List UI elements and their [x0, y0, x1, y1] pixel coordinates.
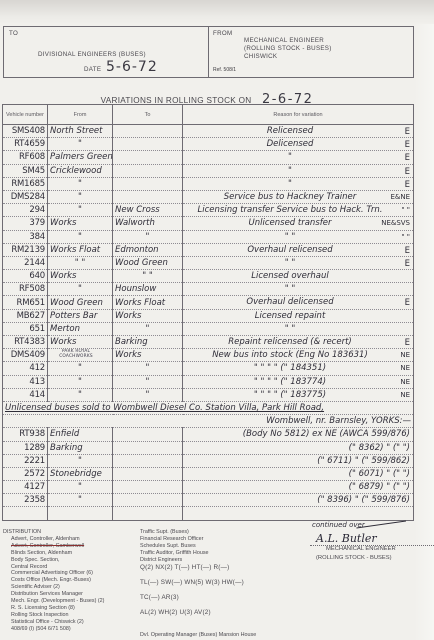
from-location: " — [48, 283, 113, 296]
depot-code: E&NE — [390, 193, 410, 201]
reason-cell: " " " " (" 183775)NE — [183, 388, 414, 401]
from-location: Potters Bar — [48, 309, 113, 322]
table-row: RF608Palmers Green"E — [3, 151, 414, 164]
reason-text: (" 6711) " (" 599/862) — [189, 456, 410, 466]
vehicle-number: RT4659 — [3, 138, 48, 151]
note-row: Unlicensed buses sold to Wombwell Diesel… — [3, 401, 414, 414]
vehicle-number: 414 — [3, 388, 48, 401]
reason-cell: Licensing transfer Service bus to Hack. … — [183, 204, 414, 217]
table-row: DMS409PARK ROYAL COACHWORKSWorksNew bus … — [3, 349, 414, 362]
district-codes-row: Q(2) NX(2) T(—) HT(—) R(—) — [140, 564, 310, 571]
vehicle-number: RM1685 — [3, 177, 48, 190]
from-location: Cricklewood — [48, 164, 113, 177]
column-header-from: From — [48, 105, 113, 125]
table-row-sold: 4127"(" 6879) " (" ") — [3, 481, 414, 494]
distribution-list-right: Traffic Supt. (Buses) Financial Research… — [140, 529, 290, 564]
to-location: Works Float — [113, 296, 183, 309]
from-location: Barking — [48, 441, 113, 454]
reason-text: " " — [189, 258, 391, 268]
reason-cell: "E — [183, 177, 414, 190]
vehicle-number: 2144 — [3, 256, 48, 269]
column-header-vehicle: Vehicle number — [3, 105, 48, 125]
reason-text: " — [189, 152, 391, 162]
reason-text: " " " " (" 183775) — [189, 390, 391, 400]
signature-department: (ROLLING STOCK - BUSES) — [316, 555, 392, 561]
reason-cell: (" 8396) " (" 599/876) — [183, 494, 414, 507]
depot-code: NE — [400, 378, 410, 386]
vehicle-number: 384 — [3, 230, 48, 243]
distribution-item: District Engineers — [140, 557, 290, 564]
depot-code: NE&SVS — [381, 219, 410, 227]
from-location: " — [48, 375, 113, 388]
reason-text: " " — [189, 232, 391, 242]
reason-text: (" 8396) " (" 599/876) — [189, 495, 410, 505]
distribution-heading: DISTRIBUTION — [3, 529, 143, 536]
table-row: DMS284"Service bus to Hackney TrainerE&N… — [3, 190, 414, 203]
reason-text: (" 6071) " (" ") — [189, 469, 410, 479]
empty-cell — [48, 507, 113, 520]
from-location: " — [48, 362, 113, 375]
depot-code: E — [405, 338, 410, 348]
to-location — [113, 441, 183, 454]
distribution-item: Statistical Office - Chiswick (2) — [3, 619, 143, 626]
from-location: Works — [48, 217, 113, 230]
distribution-item: Traffic Supt. (Buses) — [140, 529, 290, 536]
table-row: RT4383WorksBarkingRepaint relicensed (& … — [3, 336, 414, 349]
empty-cell — [113, 507, 183, 520]
distribution-item: Body Spec. Section, — [3, 557, 143, 564]
reason-cell: " " — [183, 283, 414, 296]
table-row: 412""" " " " (" 184351)NE — [3, 362, 414, 375]
from-location: Works Float — [48, 243, 113, 256]
reason-cell: Licensed overhaul — [183, 270, 414, 283]
depot-code: " " — [401, 206, 410, 214]
table-row: SMS408North StreetRelicensedE — [3, 125, 414, 138]
from-location: PARK ROYAL COACHWORKS — [48, 349, 113, 362]
from-line: (ROLLING STOCK - BUSES) — [244, 45, 332, 53]
address-header: TO DIVISIONAL ENGINEERS (BUSES) DATE 5-6… — [3, 26, 414, 78]
district-codes-row: AL(2) WH(2) U(3) AV(2) — [140, 609, 310, 616]
reason-text: Relicensed — [189, 126, 391, 136]
distribution-list-left: DISTRIBUTION Advert, Controller, Aldenha… — [3, 529, 143, 633]
table-row: 414""" " " " (" 183775)NE — [3, 388, 414, 401]
vehicle-number: 4127 — [3, 481, 48, 494]
reason-cell: Service bus to Hackney TrainerE&NE — [183, 190, 414, 203]
reason-text: New bus into stock (Eng No 183631) — [189, 350, 391, 360]
table-row: MB627Potters BarWorksLicensed repaint — [3, 309, 414, 322]
reason-text: " " " " (" 183774) — [189, 377, 391, 387]
to-recipient: DIVISIONAL ENGINEERS (BUSES) — [38, 51, 146, 58]
table-row-sold: 2358"(" 8396) " (" 599/876) — [3, 494, 414, 507]
vehicle-number: RT4383 — [3, 336, 48, 349]
table-row: 379WorksWalworthUnlicensed transferNE&SV… — [3, 217, 414, 230]
distribution-item: R. S. Licensing Section (8) — [3, 605, 143, 612]
vehicle-number: 640 — [3, 270, 48, 283]
district-codes-row: TL(—) SW(—) WN(5) W(3) HW(—) — [140, 579, 310, 586]
distribution-item: Financial Research Officer — [140, 536, 290, 543]
distribution-item: Schedules Supt. Buses — [140, 543, 290, 550]
reason-text: Service bus to Hackney Trainer — [189, 192, 391, 202]
depot-code: E — [405, 140, 410, 150]
district-codes-row: TC(—) AR(3) — [140, 594, 310, 601]
reason-text: " " " " (" 184351) — [189, 363, 391, 373]
depot-code: E — [405, 167, 410, 177]
to-location: " — [113, 388, 183, 401]
table-body: SMS408North StreetRelicensedERT4659"Deli… — [3, 125, 414, 521]
signature: A.L. Butler — [316, 532, 377, 545]
reason-text: Repaint relicensed (& recert) — [189, 337, 391, 347]
reason-cell: Overhaul relicensedE — [183, 243, 414, 256]
from-location: " — [48, 177, 113, 190]
reason-text: " — [189, 179, 391, 189]
reason-cell: Unlicensed transferNE&SVS — [183, 217, 414, 230]
signature-title: MECHANICAL ENGINEER — [326, 546, 396, 552]
from-sender: MECHANICAL ENGINEER (ROLLING STOCK - BUS… — [244, 37, 332, 61]
reason-cell: " "" " — [183, 230, 414, 243]
distribution-item: Mech. Engr. (Development - Buses) (2) — [3, 598, 143, 605]
table-row: RF508"Hounslow" " — [3, 283, 414, 296]
from-location-text: PARK ROYAL COACHWORKS — [50, 350, 102, 359]
to-location — [113, 151, 183, 164]
distribution-item: Costs Office (Mech. Engr.-Buses) — [3, 577, 143, 584]
reason-text: Licensing transfer Service bus to Hack. … — [189, 205, 391, 215]
to-location: Wood Green — [113, 256, 183, 269]
from-location: " — [48, 388, 113, 401]
depot-code: NE — [400, 364, 410, 372]
from-location: " — [48, 454, 113, 467]
to-location — [113, 481, 183, 494]
rolling-stock-table: Vehicle number From To Reason for variat… — [2, 104, 414, 521]
to-location: " " — [113, 270, 183, 283]
distribution-item: Commercial Advertising Officer (6) — [3, 570, 143, 577]
distribution-item: Advert, Controller, Aldenham — [3, 536, 143, 543]
vehicle-number: 413 — [3, 375, 48, 388]
table-row-sold: RT938Enfield(Body No 5812) ex NE (AWCA 5… — [3, 428, 414, 441]
vehicle-number: 2572 — [3, 467, 48, 480]
distribution-item: Rolling Stock Inspection — [3, 612, 143, 619]
vehicle-number: RM651 — [3, 296, 48, 309]
depot-code: E — [405, 246, 410, 256]
depot-code: " " — [401, 233, 410, 241]
table-row-sold: 2572Stonebridge(" 6071) " (" ") — [3, 467, 414, 480]
reason-cell: " "E — [183, 256, 414, 269]
distribution-item: Distribution Services Manager — [3, 591, 143, 598]
from-location: Stonebridge — [48, 467, 113, 480]
reason-text: Unlicensed transfer — [189, 218, 391, 228]
reason-cell: (Body No 5812) ex NE (AWCA 599/876) — [183, 428, 414, 441]
from-location: " — [48, 138, 113, 151]
reason-cell: Overhaul delicensedE — [183, 296, 414, 309]
reason-text: " " — [189, 324, 391, 334]
table-row: SM45Cricklewood"E — [3, 164, 414, 177]
from-location: " — [48, 481, 113, 494]
reference-number: Ref. 508/1 — [213, 67, 236, 73]
to-location — [113, 125, 183, 138]
table-row: 640Works" "Licensed overhaul — [3, 270, 414, 283]
reason-text: Licensed overhaul — [189, 271, 391, 281]
depot-code: NE — [400, 391, 410, 399]
paper-right-margin — [414, 24, 434, 640]
reason-cell: DelicensedE — [183, 138, 414, 151]
table-row: RT4659"DelicensedE — [3, 138, 414, 151]
from-label: FROM — [213, 30, 232, 37]
column-header-to: To — [113, 105, 183, 125]
reason-cell: Repaint relicensed (& recert)E — [183, 336, 414, 349]
reason-text: Overhaul relicensed — [189, 245, 391, 255]
reason-text: Licensed repaint — [189, 311, 391, 321]
vehicle-number: RF608 — [3, 151, 48, 164]
to-section: TO DIVISIONAL ENGINEERS (BUSES) DATE 5-6… — [4, 27, 209, 77]
vehicle-number: 2221 — [3, 454, 48, 467]
reason-cell: "E — [183, 164, 414, 177]
depot-code: E — [405, 153, 410, 163]
from-location: Palmers Green — [48, 151, 113, 164]
vehicle-number: RM2139 — [3, 243, 48, 256]
distribution-item: Central Record — [3, 564, 143, 571]
table-row: RM2139Works FloatEdmontonOverhaul relice… — [3, 243, 414, 256]
vehicle-number: DMS409 — [3, 349, 48, 362]
table-row: RM1685""E — [3, 177, 414, 190]
table-header-row: Vehicle number From To Reason for variat… — [3, 105, 414, 125]
table-row: 384""" "" " — [3, 230, 414, 243]
from-location: Merton — [48, 322, 113, 335]
to-label: TO — [9, 30, 18, 37]
table-row-empty — [3, 507, 414, 520]
paper-edge-shadow — [0, 0, 434, 24]
from-location: Wood Green — [48, 296, 113, 309]
vehicle-number: SM45 — [3, 164, 48, 177]
reason-text: Delicensed — [189, 139, 391, 149]
distribution-item-struck: Advert, Controller, Camberwell — [3, 543, 143, 550]
reason-cell: (" 6711) " (" 599/862) — [183, 454, 414, 467]
empty-cell — [3, 507, 48, 520]
vehicle-number: MB627 — [3, 309, 48, 322]
table-row-sold: 2221"(" 6711) " (" 599/862) — [3, 454, 414, 467]
to-location — [113, 494, 183, 507]
to-location: " — [113, 362, 183, 375]
vehicle-number: 1289 — [3, 441, 48, 454]
depot-code: E — [405, 298, 410, 308]
reason-cell: Licensed repaint — [183, 309, 414, 322]
from-location: " — [48, 190, 113, 203]
reason-text: " " — [189, 284, 391, 294]
reason-text: (" 8362) " (" ") — [189, 443, 410, 453]
from-location: " " — [48, 256, 113, 269]
reason-cell: " " " " (" 183774)NE — [183, 375, 414, 388]
depot-code: NE — [400, 351, 410, 359]
from-location: Works — [48, 270, 113, 283]
table-row: 413""" " " " (" 183774)NE — [3, 375, 414, 388]
depot-code: E — [405, 259, 410, 269]
to-location — [113, 190, 183, 203]
to-location: Barking — [113, 336, 183, 349]
reason-cell: (" 8362) " (" ") — [183, 441, 414, 454]
vehicle-number: RT938 — [3, 428, 48, 441]
to-location: Works — [113, 349, 183, 362]
from-location: Enfield — [48, 428, 113, 441]
from-location: " — [48, 230, 113, 243]
vehicle-number: 412 — [3, 362, 48, 375]
vehicle-number: RF508 — [3, 283, 48, 296]
vehicle-number: 2358 — [3, 494, 48, 507]
to-location: New Cross — [113, 204, 183, 217]
reason-cell: RelicensedE — [183, 125, 414, 138]
distribution-item: 408/69 (I) (504 6/71 508) — [3, 626, 143, 633]
reason-text: Overhaul delicensed — [189, 297, 391, 307]
depot-code: E — [405, 180, 410, 190]
to-location: Walworth — [113, 217, 183, 230]
to-location — [113, 138, 183, 151]
to-location: Works — [113, 309, 183, 322]
from-location: " — [48, 204, 113, 217]
vehicle-number: DMS284 — [3, 190, 48, 203]
reason-text: (Body No 5812) ex NE (AWCA 599/876) — [189, 429, 410, 439]
reason-cell: " " " " (" 184351)NE — [183, 362, 414, 375]
from-section: FROM MECHANICAL ENGINEER (ROLLING STOCK … — [209, 27, 413, 77]
to-location — [113, 454, 183, 467]
distribution-item: Traffic Auditor, Griffith House — [140, 550, 290, 557]
empty-cell — [183, 507, 414, 520]
table-row: 2144" "Wood Green" "E — [3, 256, 414, 269]
reason-cell: New bus into stock (Eng No 183631)NE — [183, 349, 414, 362]
distribution-footer: Dvl. Operating Manager (Buses) Mansion H… — [140, 632, 256, 638]
date-label: DATE — [84, 66, 101, 73]
from-location: North Street — [48, 125, 113, 138]
sale-note: Unlicensed buses sold to Wombwell Diesel… — [3, 401, 414, 414]
to-location — [113, 428, 183, 441]
from-line: MECHANICAL ENGINEER — [244, 37, 332, 45]
reason-text: " — [189, 166, 391, 176]
vehicle-number: 379 — [3, 217, 48, 230]
vehicle-number: SMS408 — [3, 125, 48, 138]
from-location: " — [48, 494, 113, 507]
date-value: 5-6-72 — [106, 59, 158, 75]
reason-text: (" 6879) " (" ") — [189, 482, 410, 492]
table-row: 294"New CrossLicensing transfer Service … — [3, 204, 414, 217]
reason-cell: " " — [183, 322, 414, 335]
column-header-reason: Reason for variation — [183, 105, 414, 125]
to-location — [113, 164, 183, 177]
table-row: 651Merton"" " — [3, 322, 414, 335]
note-row: Wombwell, nr. Barnsley, YORKS:— — [3, 415, 414, 428]
depot-code: E — [405, 127, 410, 137]
table-row: RM651Wood GreenWorks FloatOverhaul delic… — [3, 296, 414, 309]
sale-note-address: Wombwell, nr. Barnsley, YORKS:— — [3, 415, 414, 428]
to-location: Hounslow — [113, 283, 183, 296]
distribution-item: Blinds Section, Aldenham — [3, 550, 143, 557]
to-location: " — [113, 375, 183, 388]
from-location: Works — [48, 336, 113, 349]
reason-cell: (" 6071) " (" ") — [183, 467, 414, 480]
vehicle-number: 651 — [3, 322, 48, 335]
from-line: CHISWICK — [244, 53, 332, 61]
to-location — [113, 177, 183, 190]
to-location: " — [113, 322, 183, 335]
reason-cell: (" 6879) " (" ") — [183, 481, 414, 494]
reason-cell: "E — [183, 151, 414, 164]
to-location — [113, 467, 183, 480]
to-location: " — [113, 230, 183, 243]
distribution-item: Scientific Adviser (2) — [3, 584, 143, 591]
table-row-sold: 1289Barking(" 8362) " (" ") — [3, 441, 414, 454]
vehicle-number: 294 — [3, 204, 48, 217]
to-location: Edmonton — [113, 243, 183, 256]
